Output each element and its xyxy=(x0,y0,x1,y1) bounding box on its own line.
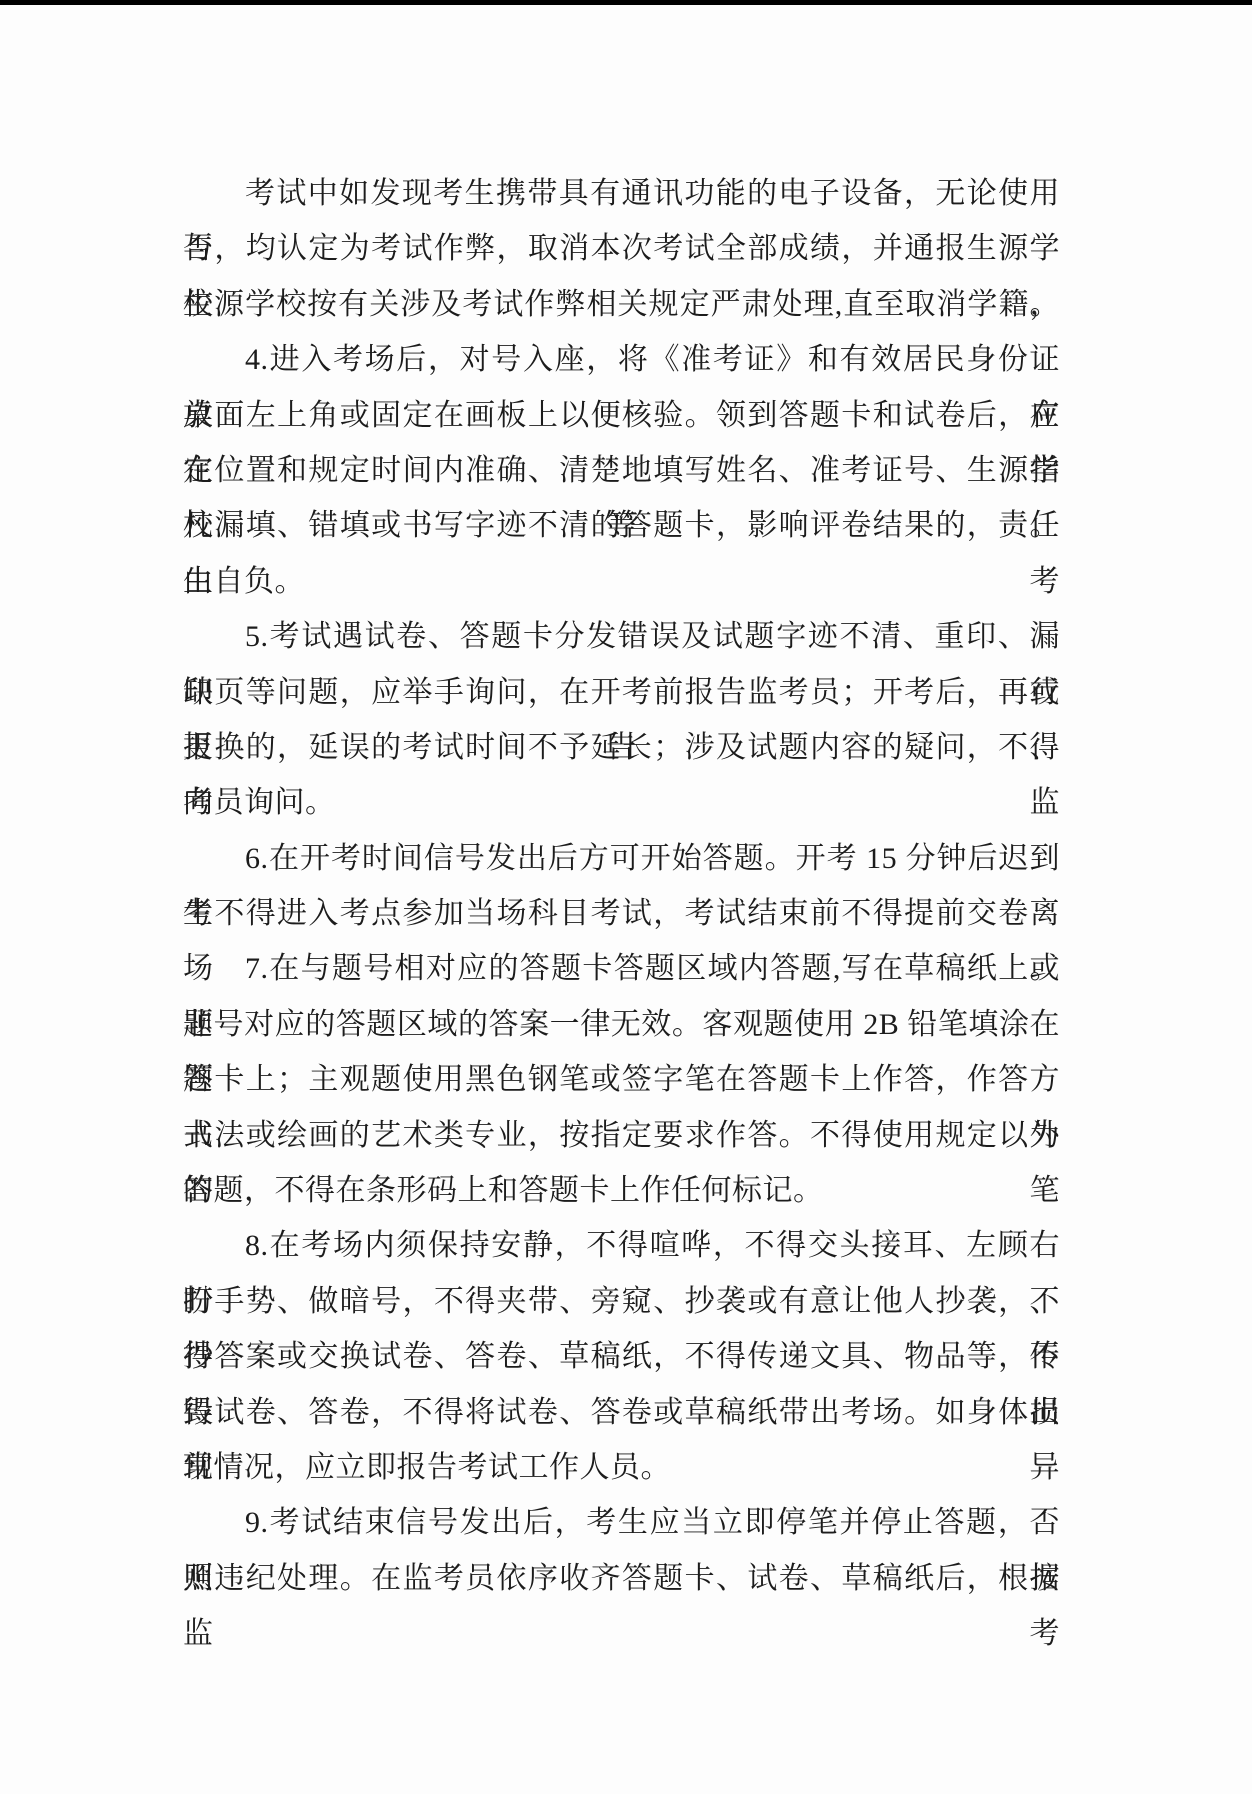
text-line: 题号对应的答题区域的答案一律无效。客观题使用 2B 铅笔填涂在答 xyxy=(183,997,1060,1052)
paragraph: 考试中如发现考生携带具有通讯功能的电子设备，无论使用与否，均认定为考试作弊，取消… xyxy=(183,166,1060,332)
paragraph: 7.在与题号相对应的答题卡答题区域内答题,写在草稿纸上或非题号对应的答题区域的答… xyxy=(183,941,1060,1218)
text-line: 抄答案或交换试卷、答卷、草稿纸，不得传递文具、物品等，不得损 xyxy=(183,1329,1060,1384)
text-line: 桌面左上角或固定在画板上以便核验。领到答题卡和试卷后，应在指 xyxy=(183,388,1060,443)
text-line: 否，均认定为考试作弊，取消本次考试全部成绩，并通报生源学校， xyxy=(183,221,1060,276)
text-line: 生源学校按有关涉及考试作弊相关规定严肃处理,直至取消学籍。 xyxy=(183,277,1060,332)
top-edge-bar xyxy=(0,0,1252,5)
paragraph: 4.进入考场后，对号入座，将《准考证》和有效居民身份证放在桌面左上角或固定在画板… xyxy=(183,332,1060,609)
text-line: 定位置和规定时间内准确、清楚地填写姓名、准考证号、生源学校等。 xyxy=(183,443,1060,498)
paragraph: 8.在考场内须保持安静，不得喧哗，不得交头接耳、左顾右盼、打手势、做暗号，不得夹… xyxy=(183,1218,1060,1495)
text-line: 5.考试遇试卷、答题卡分发错误及试题字迹不清、重印、漏印或 xyxy=(183,609,1060,664)
text-line: 7.在与题号相对应的答题卡答题区域内答题,写在草稿纸上或非 xyxy=(183,941,1060,996)
paragraph: 6.在开考时间信号发出后方可开始答题。开考 15 分钟后迟到考生不得进入考点参加… xyxy=(183,831,1060,942)
document-page: 考试中如发现考生携带具有通讯功能的电子设备，无论使用与否，均认定为考试作弊，取消… xyxy=(0,0,1252,1794)
text-line: 考试中如发现考生携带具有通讯功能的电子设备，无论使用与 xyxy=(183,166,1060,221)
text-line: 照违纪处理。在监考员依序收齐答题卡、试卷、草稿纸后，根据监考 xyxy=(183,1551,1060,1606)
paragraph: 5.考试遇试卷、答题卡分发错误及试题字迹不清、重印、漏印或缺页等问题，应举手询问… xyxy=(183,609,1060,831)
text-line: 6.在开考时间信号发出后方可开始答题。开考 15 分钟后迟到考 xyxy=(183,831,1060,886)
text-line: 缺页等问题，应举手询问，在开考前报告监考员；开考后，再行报告、 xyxy=(183,665,1060,720)
text-line: 4.进入考场后，对号入座，将《准考证》和有效居民身份证放在 xyxy=(183,332,1060,387)
text-block: 考试中如发现考生携带具有通讯功能的电子设备，无论使用与否，均认定为考试作弊，取消… xyxy=(183,166,1060,1606)
text-line: 8.在考场内须保持安静，不得喧哗，不得交头接耳、左顾右盼、 xyxy=(183,1218,1060,1273)
text-line: 9.考试结束信号发出后，考生应当立即停笔并停止答题，否则按 xyxy=(183,1495,1060,1550)
text-line: 生不得进入考点参加当场科目考试，考试结束前不得提前交卷离场。 xyxy=(183,886,1060,941)
paragraph: 9.考试结束信号发出后，考生应当立即停笔并停止答题，否则按照违纪处理。在监考员依… xyxy=(183,1495,1060,1606)
text-line: 打手势、做暗号，不得夹带、旁窥、抄袭或有意让他人抄袭，不得传 xyxy=(183,1274,1060,1329)
text-line: 凡漏填、错填或书写字迹不清的答题卡，影响评卷结果的，责任由考 xyxy=(183,498,1060,553)
text-line: 题卡上；主观题使用黑色钢笔或签字笔在答题卡上作答，作答方式为 xyxy=(183,1052,1060,1107)
text-line: 更换的，延误的考试时间不予延长；涉及试题内容的疑问，不得向监 xyxy=(183,720,1060,775)
text-line: 书法或绘画的艺术类专业，按指定要求作答。不得使用规定以外的笔 xyxy=(183,1108,1060,1163)
text-line: 毁试卷、答卷，不得将试卷、答卷或草稿纸带出考场。如身体出现异 xyxy=(183,1385,1060,1440)
